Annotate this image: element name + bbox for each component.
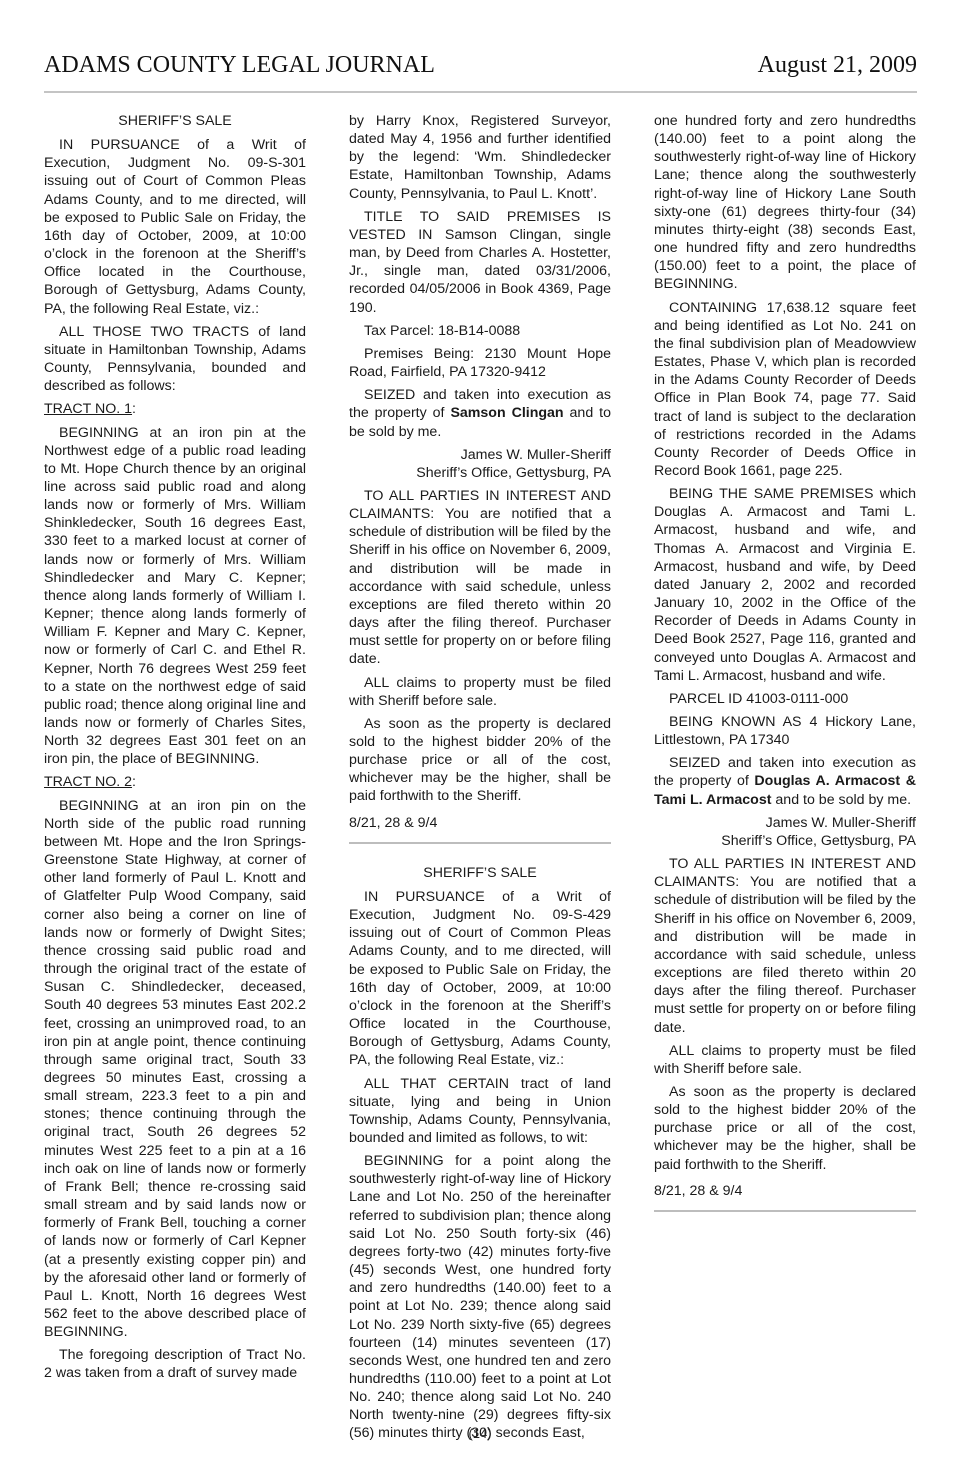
sale2-claims: ALL claims to property must be filed wit… (654, 1042, 916, 1078)
sheriff-name: James W. Muller-Sheriff (461, 447, 611, 463)
sale2-being-same: BEING THE SAME PREMISES which Douglas A.… (654, 485, 916, 685)
sale2-notice: TO ALL PARTIES IN INTEREST AND CLAIMANTS… (654, 855, 916, 1037)
sale1-all-those-tracts: ALL THOSE TWO TRACTS of land situate in … (44, 323, 306, 396)
tract2-label: TRACT NO. 2: (44, 773, 306, 791)
tract2-description: BEGINNING at an iron pin on the North si… (44, 797, 306, 1342)
sale2-beginning-part2: one hundred forty and zero hundredths (1… (654, 112, 916, 294)
sale2-heading: SHERIFF’S SALE (349, 864, 611, 882)
journal-header: ADAMS COUNTY LEGAL JOURNAL August 21, 20… (44, 52, 917, 84)
tract2-label-text: TRACT NO. 2 (44, 774, 132, 790)
sale1-foregoing-part2: by Harry Knox, Registered Surveyor, date… (349, 112, 611, 203)
sale1-pursuance: IN PURSUANCE of a Writ of Execution, Jud… (44, 136, 306, 318)
section-divider (654, 1210, 916, 1212)
sheriff-office: Sheriff’s Office, Gettysburg, PA (416, 465, 611, 481)
sale2-known-as: BEING KNOWN AS 4 Hickory Lane, Littlesto… (654, 713, 916, 749)
tract1-description: BEGINNING at an iron pin at the Northwes… (44, 424, 306, 769)
sale1-run-dates: 8/21, 28 & 9/4 (349, 814, 611, 832)
sale1-seized: SEIZED and taken into execution as the p… (349, 386, 611, 440)
tract1-label: TRACT NO. 1: (44, 400, 306, 418)
column-3: one hundred forty and zero hundredths (1… (654, 112, 916, 1232)
sale1-heading: SHERIFF’S SALE (44, 112, 306, 130)
sale2-run-dates: 8/21, 28 & 9/4 (654, 1182, 916, 1200)
property-owner: Samson Clingan (450, 405, 563, 421)
sale2-parcel-id: PARCEL ID 41003-0111-000 (654, 690, 916, 708)
section-divider (349, 842, 611, 844)
sale1-payment-terms: As soon as the property is declared sold… (349, 715, 611, 806)
sheriff-name: James W. Muller-Sheriff (766, 815, 916, 831)
sale2-seized: SEIZED and taken into execution as the p… (654, 754, 916, 808)
sale2-containing: CONTAINING 17,638.12 square feet and bei… (654, 299, 916, 481)
tract1-label-text: TRACT NO. 1 (44, 401, 132, 417)
sale1-title-vested: TITLE TO SAID PREMISES IS VESTED IN Sams… (349, 208, 611, 317)
page-number: (14) (0, 1426, 960, 1441)
seized-text-end: and to be sold by me. (771, 792, 911, 808)
header-divider (44, 91, 917, 93)
sale2-all-that-certain: ALL THAT CERTAIN tract of land situate, … (349, 1075, 611, 1148)
column-1: SHERIFF’S SALE IN PURSUANCE of a Writ of… (44, 112, 306, 1388)
sale1-tax-parcel: Tax Parcel: 18-B14-0088 (349, 322, 611, 340)
sale1-premises: Premises Being: 2130 Mount Hope Road, Fa… (349, 345, 611, 381)
column-2: by Harry Knox, Registered Surveyor, date… (349, 112, 611, 1448)
sale1-notice: TO ALL PARTIES IN INTEREST AND CLAIMANTS… (349, 487, 611, 669)
sale1-foregoing-part1: The foregoing description of Tract No. 2… (44, 1346, 306, 1382)
issue-date: August 21, 2009 (758, 52, 917, 79)
sale2-payment-terms: As soon as the property is declared sold… (654, 1083, 916, 1174)
sheriff-office: Sheriff’s Office, Gettysburg, PA (721, 833, 916, 849)
sale1-signature: James W. Muller-SheriffSheriff’s Office,… (349, 446, 611, 482)
sale2-pursuance: IN PURSUANCE of a Writ of Execution, Jud… (349, 888, 611, 1070)
sale2-signature: James W. Muller-SheriffSheriff’s Office,… (654, 814, 916, 850)
journal-title: ADAMS COUNTY LEGAL JOURNAL (44, 52, 435, 79)
sale1-claims: ALL claims to property must be filed wit… (349, 674, 611, 710)
sale2-beginning-part1: BEGINNING for a point along the southwes… (349, 1152, 611, 1443)
